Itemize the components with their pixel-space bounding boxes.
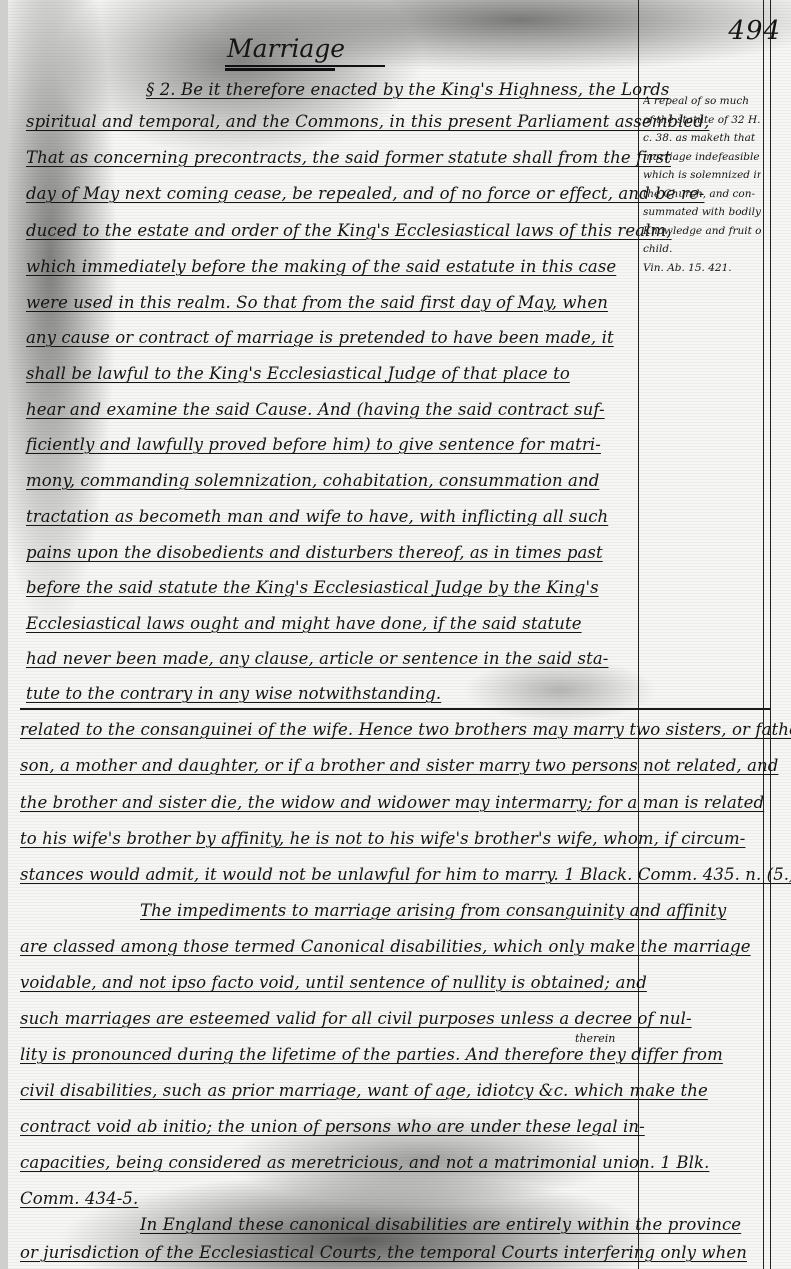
margin-note-line: the Church, and con- bbox=[643, 185, 761, 204]
text-line: stances would admit, it would not be unl… bbox=[20, 865, 765, 884]
margin-note: A repeal of so much of the statute of 32… bbox=[643, 92, 761, 277]
margin-note-line: Knowledge and fruit of bbox=[643, 222, 761, 241]
text-line: § 2. Be it therefore enacted by the King… bbox=[26, 80, 636, 99]
text-line: or jurisdiction of the Ecclesiastical Co… bbox=[20, 1243, 765, 1262]
text-line: day of May next coming cease, be repeale… bbox=[26, 184, 636, 203]
text-line: mony, commanding solemnization, cohabita… bbox=[26, 471, 636, 490]
page-title: Marriage bbox=[225, 34, 385, 67]
text-line: which immediately before the making of t… bbox=[26, 257, 636, 276]
text-line: lity is pronounced during the lifetime o… bbox=[20, 1045, 765, 1064]
margin-rule bbox=[770, 0, 771, 1269]
text-line: spiritual and temporal, and the Commons,… bbox=[26, 112, 636, 131]
text-line: shall be lawful to the King's Ecclesiast… bbox=[26, 364, 636, 383]
text-line: any cause or contract of marriage is pre… bbox=[26, 328, 636, 347]
text-line: tute to the contrary in any wise notwith… bbox=[26, 684, 636, 703]
margin-rule bbox=[763, 0, 764, 1269]
text-line: were used in this realm. So that from th… bbox=[26, 293, 636, 312]
margin-note-line: of the statute of 32 H. 8. bbox=[643, 111, 761, 130]
text-line: The impediments to marriage arising from… bbox=[20, 901, 765, 920]
margin-note-line: c. 38. as maketh that bbox=[643, 129, 761, 148]
text-line: That as concerning precontracts, the sai… bbox=[26, 148, 636, 167]
text-line: duced to the estate and order of the Kin… bbox=[26, 221, 636, 240]
text-line: contract void ab initio; the union of pe… bbox=[20, 1117, 765, 1136]
text-line: hear and examine the said Cause. And (ha… bbox=[26, 400, 636, 419]
margin-note-line: summated with bodily bbox=[643, 203, 761, 222]
margin-note-line: which is solemnized in bbox=[643, 166, 761, 185]
scan-edge bbox=[0, 0, 8, 1269]
text-line: voidable, and not ipso facto void, until… bbox=[20, 973, 765, 992]
text-line: to his wife's brother by affinity, he is… bbox=[20, 829, 765, 848]
text-line: tractation as becometh man and wife to h… bbox=[26, 507, 636, 526]
text-line: ficiently and lawfully proved before him… bbox=[26, 435, 636, 454]
margin-note-line: Vin. Ab. 15. 421. bbox=[643, 259, 761, 278]
text-line: such marriages are esteemed valid for al… bbox=[20, 1009, 765, 1028]
text-line: Ecclesiastical laws ought and might have… bbox=[26, 614, 636, 633]
text-line: son, a mother and daughter, or if a brot… bbox=[20, 756, 765, 775]
section-divider bbox=[20, 708, 770, 710]
text-line: capacities, being considered as meretric… bbox=[20, 1153, 765, 1172]
text-line: the brother and sister die, the widow an… bbox=[20, 793, 765, 812]
margin-note-line: A repeal of so much bbox=[643, 92, 761, 111]
margin-note-line: child. bbox=[643, 240, 761, 259]
page-number: 494 bbox=[728, 16, 781, 46]
interlinear-insertion: therein bbox=[575, 1032, 615, 1045]
text-line: had never been made, any clause, article… bbox=[26, 649, 636, 668]
text-line: In England these canonical disabilities … bbox=[20, 1215, 765, 1234]
text-line: Comm. 434-5. bbox=[20, 1189, 765, 1208]
text-line: pains upon the disobedients and disturbe… bbox=[26, 543, 636, 562]
text-line: civil disabilities, such as prior marria… bbox=[20, 1081, 765, 1100]
margin-note-line: marriage indefeasible bbox=[643, 148, 761, 167]
text-line: are classed among those termed Canonical… bbox=[20, 937, 765, 956]
text-line: before the said statute the King's Eccle… bbox=[26, 578, 636, 597]
text-line: related to the consanguinei of the wife.… bbox=[20, 720, 765, 739]
